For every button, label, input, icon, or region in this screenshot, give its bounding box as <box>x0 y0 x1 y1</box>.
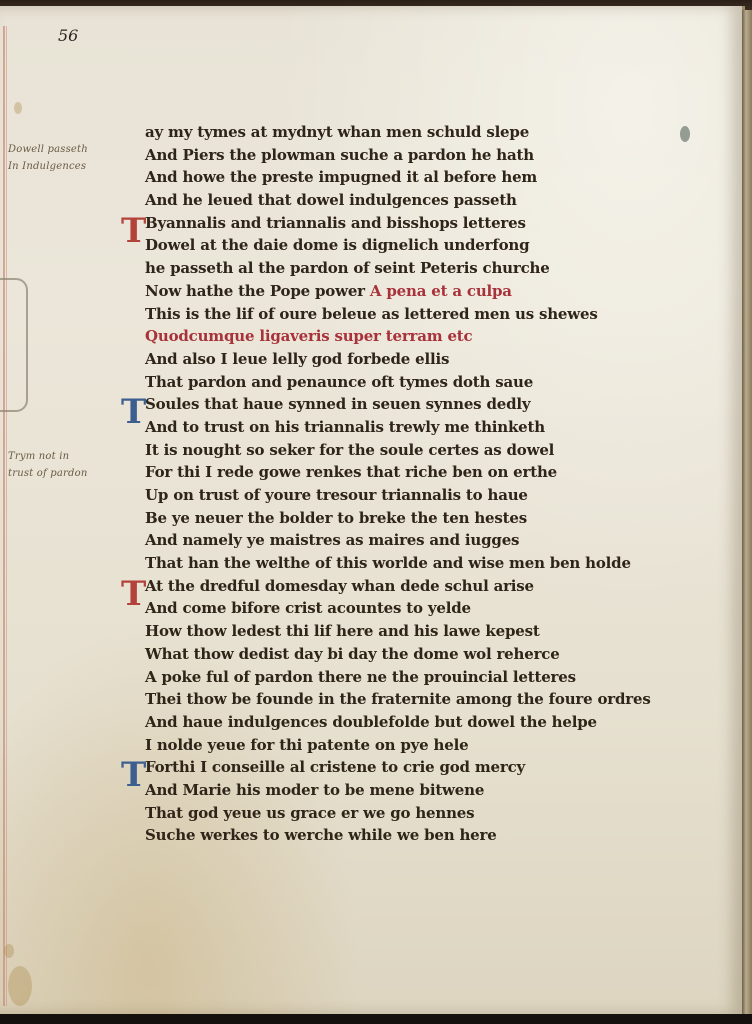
decorated-initial: T <box>121 395 146 429</box>
verse-text-block: ay my tymes at mydnyt whan men schuld sl… <box>145 121 725 847</box>
verse-line: This is the lif of oure beleue as letter… <box>145 303 725 326</box>
verse-line: TAt the dredful domesday whan dede schul… <box>145 575 725 598</box>
manuscript-page: 56 Dowell passeth In Indulgences Trym no… <box>0 6 745 1014</box>
folio-number: 56 <box>58 26 78 45</box>
verse-line: Now hathe the Pope power A pena et a cul… <box>145 280 725 303</box>
verse-line: What thow dedist day bi day the dome wol… <box>145 643 725 666</box>
rubricated-text: A pena et a culpa <box>370 282 512 300</box>
verse-line: And namely ye maistres as maires and iug… <box>145 529 725 552</box>
verse-line: And Piers the plowman suche a pardon he … <box>145 144 725 167</box>
marginal-note: Trym not in trust of pardon <box>8 448 128 482</box>
verse-line: That god yeue us grace er we go hennes <box>145 802 725 825</box>
verse-line: That pardon and penaunce oft tymes doth … <box>145 371 725 394</box>
decorated-initial: T <box>121 758 146 792</box>
verse-line: How thow ledest thi lif here and his law… <box>145 620 725 643</box>
verse-line: And he leued that dowel indulgences pass… <box>145 189 725 212</box>
verse-line: Up on trust of youre tresour triannalis … <box>145 484 725 507</box>
book-bottom-edge <box>0 1014 752 1024</box>
stain <box>4 944 14 958</box>
marginal-note: Dowell passeth In Indulgences <box>8 141 138 175</box>
verse-line: TByannalis and triannalis and bisshops l… <box>145 212 725 235</box>
verse-line: ay my tymes at mydnyt whan men schuld sl… <box>145 121 725 144</box>
clasp-impression <box>0 278 28 412</box>
verse-line: Suche werkes to werche while we ben here <box>145 824 725 847</box>
verse-line: And haue indulgences doublefolde but dow… <box>145 711 725 734</box>
verse-line: TSoules that haue synned in seuen synnes… <box>145 393 725 416</box>
margin-rule <box>3 26 5 1006</box>
marginal-note-line: trust of pardon <box>8 465 128 482</box>
verse-line: he passeth al the pardon of seint Peteri… <box>145 257 725 280</box>
verse-line: And howe the preste impugned it al befor… <box>145 166 725 189</box>
verse-line: And also I leue lelly god forbede ellis <box>145 348 725 371</box>
verse-line: And to trust on his triannalis trewly me… <box>145 416 725 439</box>
verse-line: Be ye neuer the bolder to breke the ten … <box>145 507 725 530</box>
book-fore-edge <box>742 10 752 1016</box>
verse-line: It is nought so seker for the soule cert… <box>145 439 725 462</box>
decorated-initial: T <box>121 577 146 611</box>
stain <box>14 102 22 114</box>
marginal-note-line: Trym not in <box>8 448 128 465</box>
verse-line: A poke ful of pardon there ne the prouin… <box>145 666 725 689</box>
verse-line: I nolde yeue for thi patente on pye hele <box>145 734 725 757</box>
marginal-note-line: In Indulgences <box>8 158 138 175</box>
stain <box>8 966 32 1006</box>
verse-line: TForthi I conseille al cristene to crie … <box>145 756 725 779</box>
decorated-initial: T <box>121 214 146 248</box>
margin-rule <box>6 26 7 1006</box>
verse-line: And Marie his moder to be mene bitwene <box>145 779 725 802</box>
rubricated-text: Quodcumque ligaveris super terram etc <box>145 327 472 345</box>
verse-line: And come bifore crist acountes to yelde <box>145 597 725 620</box>
verse-line: That han the welthe of this worlde and w… <box>145 552 725 575</box>
verse-line: For thi I rede gowe renkes that riche be… <box>145 461 725 484</box>
marginal-note-line: Dowell passeth <box>8 141 138 158</box>
verse-line: Thei thow be founde in the fraternite am… <box>145 688 725 711</box>
verse-line: Dowel at the daie dome is dignelich unde… <box>145 234 725 257</box>
verse-line: Quodcumque ligaveris super terram etc <box>145 325 725 348</box>
